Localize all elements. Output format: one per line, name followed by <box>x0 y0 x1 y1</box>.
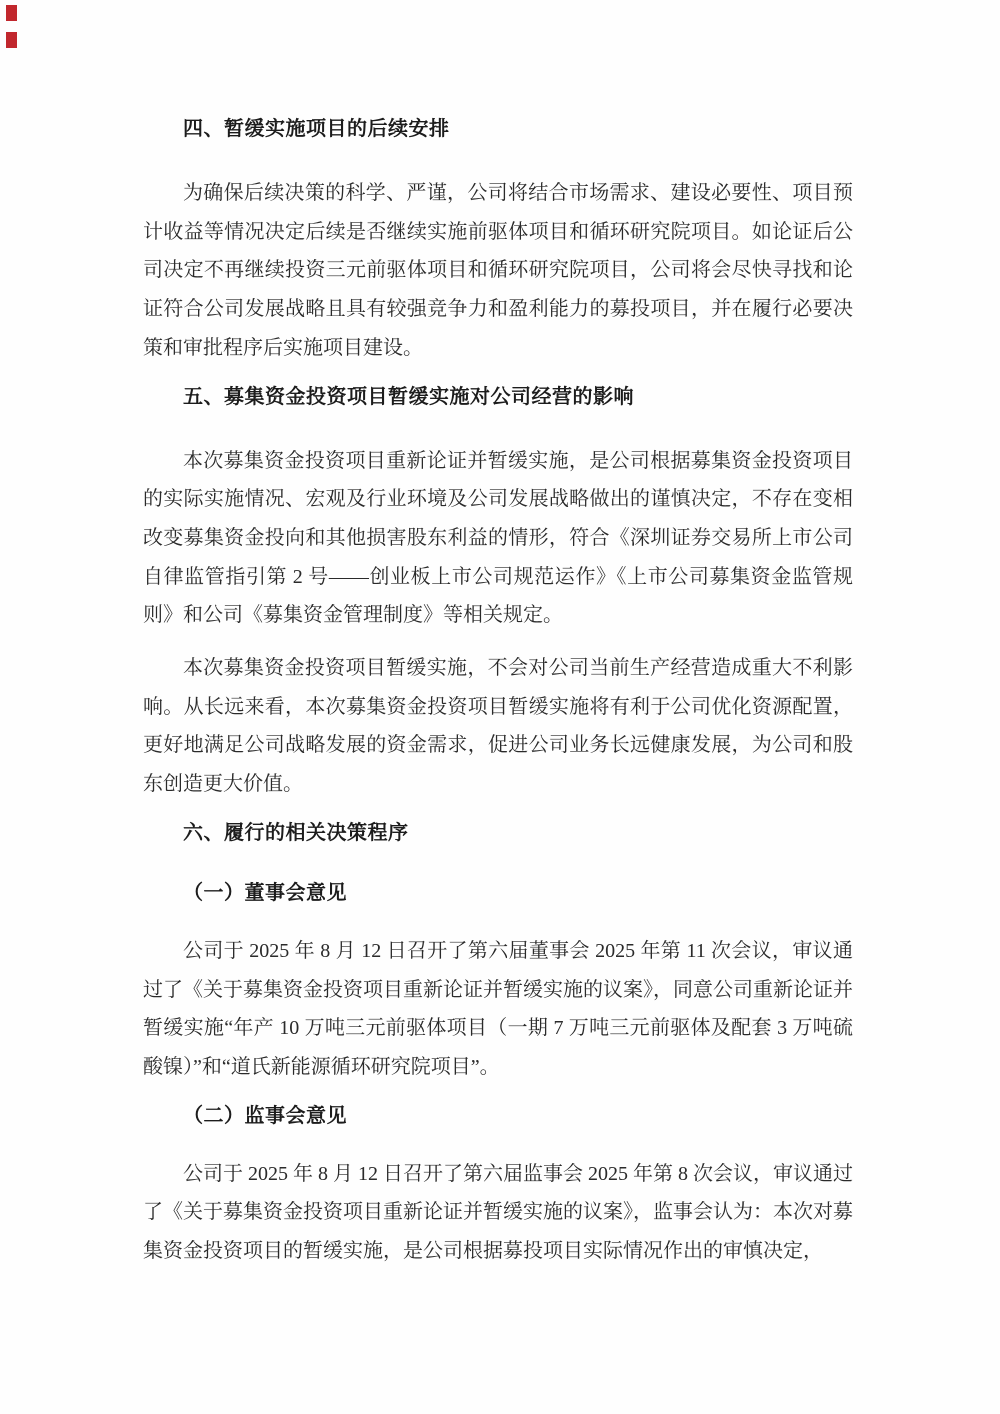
section-heading-6-decision-procedures: 六、履行的相关决策程序 <box>143 818 853 848</box>
document-body: 四、暂缓实施项目的后续安排 为确保后续决策的科学、严谨，公司将结合市场需求、建设… <box>143 114 853 1285</box>
paragraph-impact-compliance: 本次募集资金投资项目重新论证并暂缓实施，是公司根据募集资金投资项目的实际实施情况… <box>143 442 853 636</box>
paragraph-board-opinion: 公司于 2025 年 8 月 12 日召开了第六届董事会 2025 年第 11 … <box>143 932 853 1087</box>
document-page: 四、暂缓实施项目的后续安排 为确保后续决策的科学、严谨，公司将结合市场需求、建设… <box>0 0 1000 1414</box>
scan-red-artifact-bottom <box>6 32 17 48</box>
section-heading-4-follow-up-arrangement: 四、暂缓实施项目的后续安排 <box>143 114 853 144</box>
subheading-board-opinion: （一）董事会意见 <box>143 878 853 908</box>
paragraph-follow-up-arrangement: 为确保后续决策的科学、严谨，公司将结合市场需求、建设必要性、项目预计收益等情况决… <box>143 174 853 368</box>
paragraph-supervisory-board-opinion: 公司于 2025 年 8 月 12 日召开了第六届监事会 2025 年第 8 次… <box>143 1155 853 1271</box>
paragraph-impact-long-term: 本次募集资金投资项目暂缓实施，不会对公司当前生产经营造成重大不利影响。从长远来看… <box>143 649 853 804</box>
scan-red-artifact-top <box>6 5 17 21</box>
section-heading-5-impact-on-operations: 五、募集资金投资项目暂缓实施对公司经营的影响 <box>143 382 853 412</box>
subheading-supervisory-board-opinion: （二）监事会意见 <box>143 1101 853 1131</box>
